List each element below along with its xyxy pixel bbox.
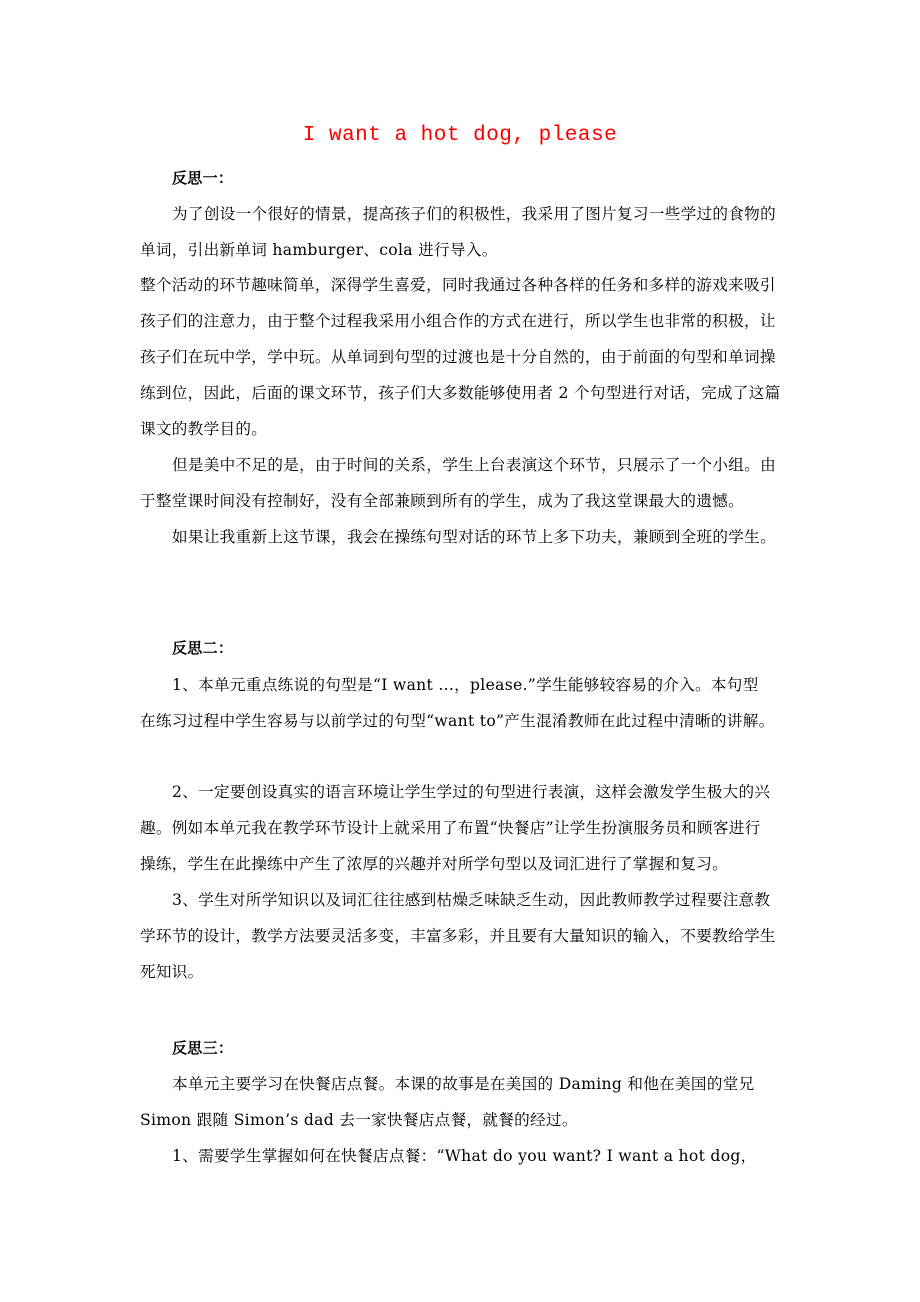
section-heading-3: 反思三：	[172, 1037, 800, 1059]
paragraph-line: 1、本单元重点练说的句型是“I want ...，please.”学生能够较容易…	[172, 674, 800, 696]
paragraph-line: 趣。例如本单元我在教学环节设计上就采用了布置“快餐店”让学生扮演服务员和顾客进行	[140, 817, 800, 839]
paragraph-line: 3、学生对所学知识以及词汇往往感到枯燥乏味缺乏生动，因此教师教学过程要注意教	[172, 889, 800, 911]
paragraph-line: 为了创设一个很好的情景，提高孩子们的积极性，我采用了图片复习一些学过的食物的	[172, 203, 800, 225]
paragraph-line: 如果让我重新上这节课，我会在操练句型对话的环节上多下功夫，兼顾到全班的学生。	[172, 526, 800, 548]
paragraph-line: 操练，学生在此操练中产生了浓厚的兴趣并对所学句型以及词汇进行了掌握和复习。	[140, 853, 800, 875]
paragraph-line: 孩子们在玩中学，学中玩。从单词到句型的过渡也是十分自然的，由于前面的句型和单词操	[140, 346, 800, 368]
paragraph-line: 整个活动的环节趣味简单，深得学生喜爱，同时我通过各种各样的任务和多样的游戏来吸引	[140, 274, 800, 296]
paragraph-line: 但是美中不足的是，由于时间的关系，学生上台表演这个环节，只展示了一个小组。由	[172, 454, 800, 476]
paragraph-line: 练到位，因此，后面的课文环节，孩子们大多数能够使用者 2 个句型进行对话，完成了…	[140, 382, 800, 404]
paragraph-line: 课文的教学目的。	[140, 418, 800, 440]
document-title: I want a hot dog, please	[0, 122, 920, 150]
paragraph-line: 于整堂课时间没有控制好，没有全部兼顾到所有的学生，成为了我这堂课最大的遗憾。	[140, 490, 800, 512]
paragraph-line: 2、一定要创设真实的语言环境让学生学过的句型进行表演，这样会激发学生极大的兴	[172, 781, 800, 803]
paragraph-line: 孩子们的注意力，由于整个过程我采用小组合作的方式在进行，所以学生也非常的积极，让	[140, 310, 800, 332]
paragraph-line: 死知识。	[140, 961, 800, 983]
document-page: I want a hot dog, please 反思一： 为了创设一个很好的情…	[0, 0, 920, 1302]
paragraph-line: Simon 跟随 Simon’s dad 去一家快餐店点餐，就餐的经过。	[140, 1109, 800, 1131]
paragraph-line: 本单元主要学习在快餐店点餐。本课的故事是在美国的 Daming 和他在美国的堂兄	[172, 1073, 800, 1095]
section-heading-2: 反思二：	[172, 637, 800, 659]
paragraph-line: 在练习过程中学生容易与以前学过的句型“want to”产生混淆教师在此过程中清晰…	[140, 710, 800, 732]
paragraph-line: 1、需要学生掌握如何在快餐店点餐：“What do you want? I wa…	[172, 1145, 800, 1167]
paragraph-line: 单词，引出新单词 hamburger、cola 进行导入。	[140, 239, 800, 261]
paragraph-line: 学环节的设计，教学方法要灵活多变，丰富多彩，并且要有大量知识的输入，不要教给学生	[140, 925, 800, 947]
section-heading-1: 反思一：	[172, 167, 800, 189]
